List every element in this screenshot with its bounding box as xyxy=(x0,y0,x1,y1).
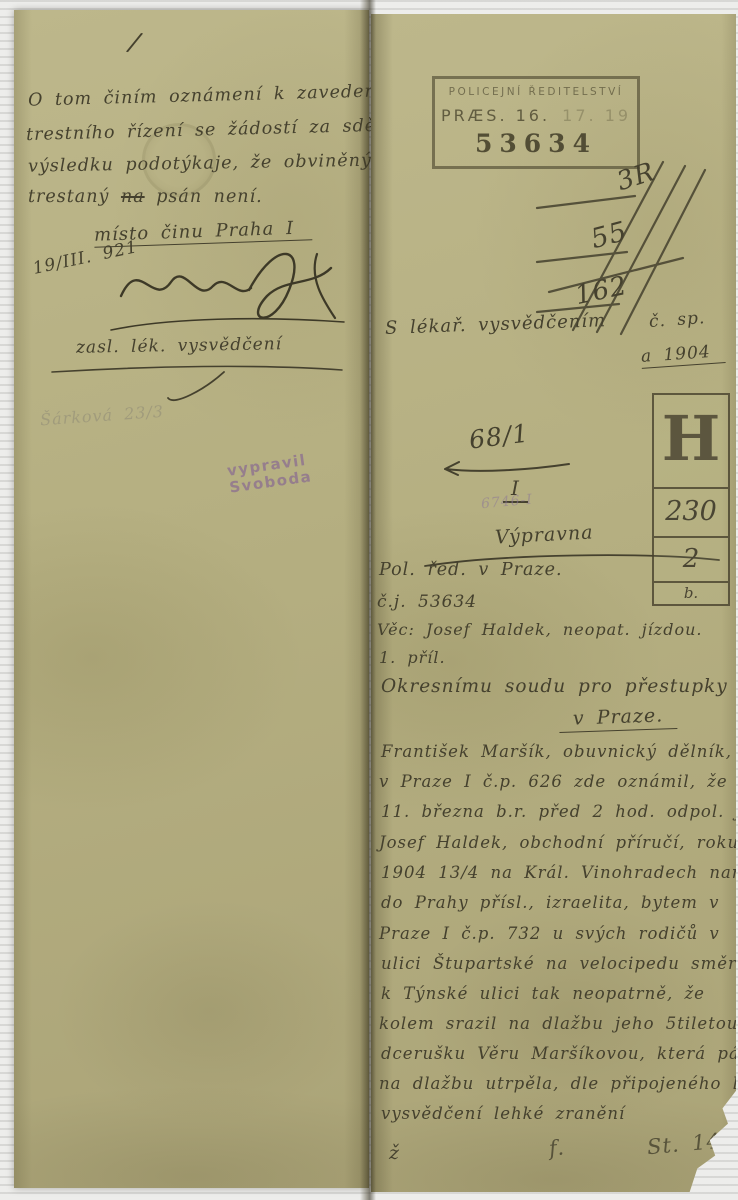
h-value-3: b. xyxy=(654,581,728,604)
body-line: v Praze I č.p. 626 zde oznámil, že dne xyxy=(379,772,736,791)
scanned-document: / O tom činím oznámení k zavedení trestn… xyxy=(0,0,738,1200)
h-stamp-table: H 230 2 b. xyxy=(652,393,730,606)
body-line: k Týnské ulici tak neopatrně, že xyxy=(381,984,705,1003)
paragraph-line: trestaný na psán není. xyxy=(28,187,263,207)
sender-line: Pol. řed. v Praze. xyxy=(379,560,563,580)
file-number-top: 68/1 xyxy=(467,418,530,454)
praes-text: PRÆS. 16. xyxy=(441,106,550,125)
paragraph-line: O tom činím oznámení k zavedení xyxy=(28,81,384,110)
registry-stamp: POLICEJNÍ ŘEDITELSTVÍ PRÆS. 16. 17. 19 5… xyxy=(432,76,640,169)
paragraph-line: trestního řízení se žádostí za sdělení xyxy=(26,115,413,145)
cross-out-strokes xyxy=(535,160,735,335)
body-line: dcerušku Věru Maršíkovou, která pádem xyxy=(381,1044,736,1063)
h-letter-cell: H xyxy=(654,395,728,487)
addressee-city: v Praze. xyxy=(559,704,678,733)
body-line: Praze I č.p. 732 u svých rodičů v xyxy=(379,924,720,943)
pencil-name-note: Šárková 23/3 xyxy=(39,402,164,430)
crossed-numbers-block: 3R 55 162 xyxy=(535,160,735,335)
certificate-ref: č. sp. xyxy=(648,308,706,332)
h-value-2: 2 xyxy=(654,536,728,581)
body-line: 1904 13/4 na Král. Vinohradech naroz., xyxy=(381,863,736,882)
signature-flourish xyxy=(109,238,349,338)
body-line: kolem srazil na dlažbu jeho 5tiletou xyxy=(379,1014,736,1033)
bottom-mark-center: f. xyxy=(548,1135,566,1161)
body-line: vysvědčení lehké zranění xyxy=(381,1104,625,1123)
body-line: do Prahy přísl., izraelita, bytem v xyxy=(381,893,719,912)
registry-stamp-praes: PRÆS. 16. 17. 19 xyxy=(435,106,637,125)
sender-line: č.j. 53634 xyxy=(377,592,477,612)
body-line: Josef Haldek, obchodní příručí, roku xyxy=(379,833,736,852)
pencil-file-ref: 6746-I xyxy=(480,492,533,512)
sender-line: 1. příl. xyxy=(379,648,446,667)
bottom-mark-left: ž xyxy=(389,1142,400,1164)
body-text: v Praze I č.p. 626 zde oznámil, že xyxy=(379,772,728,791)
dispatch-stamp: vypravil Svoboda xyxy=(226,451,313,496)
paragraph-text: trestaný xyxy=(28,187,109,207)
certificate-year: a 1904 xyxy=(640,341,725,369)
paragraph-text: psán není. xyxy=(156,187,263,207)
body-line: na dlažbu utrpěla, dle připojeného lékař… xyxy=(379,1074,736,1093)
corner-slash-mark: / xyxy=(127,27,143,58)
h-value-1: 230 xyxy=(654,487,728,536)
check-flourish xyxy=(164,370,244,410)
body-line: 11. března b.r. před 2 hod. odpol. jezdi… xyxy=(381,802,736,821)
instruction-line: zasl. lék. vysvědčení xyxy=(76,334,282,358)
struck-word: na xyxy=(121,187,145,207)
body-line: ulici Štupartské na velocipedu směrem xyxy=(381,954,736,973)
left-page: / O tom činím oznámení k zavedení trestn… xyxy=(14,10,369,1188)
addressee-line: Okresnímu soudu pro přestupky xyxy=(381,676,728,697)
registry-stamp-number: 53634 xyxy=(435,129,637,158)
registry-stamp-office: POLICEJNÍ ŘEDITELSTVÍ xyxy=(435,86,637,98)
praes-faded-text: 17. 19 xyxy=(562,106,631,125)
sender-line: Věc: Josef Haldek, neopat. jízdou. xyxy=(377,620,702,639)
bottom-mark-right: St. 14 xyxy=(646,1129,722,1159)
body-line: František Maršík, obuvnický dělník, byte… xyxy=(381,742,736,761)
dispatch-office-label: Výpravna xyxy=(494,521,594,548)
